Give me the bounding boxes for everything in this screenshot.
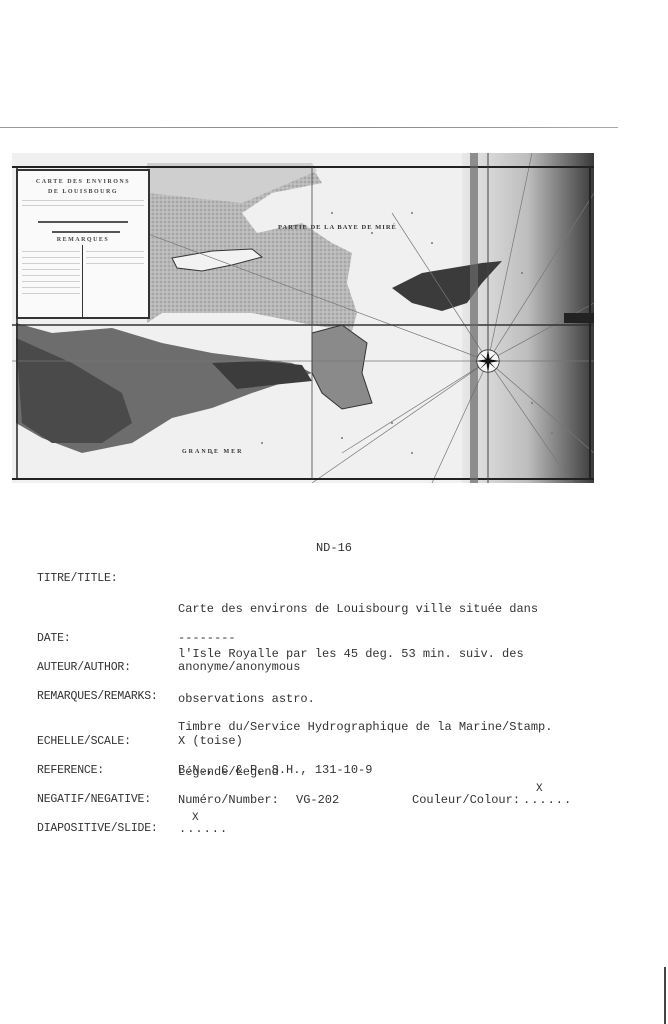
remarks-line: Timbre du/Service Hydrographique de la M…	[178, 720, 552, 735]
cartouche-text-line	[86, 251, 144, 252]
date-label: DATE:	[37, 632, 71, 645]
cartouche-subtitle: DE LOUISBOURG	[18, 189, 148, 195]
reference-value: B.N., C & P, S.H., 131-10-9	[178, 763, 372, 778]
scale-bar	[38, 221, 128, 223]
page-edge-mark	[664, 967, 666, 1024]
author-value: anonyme/anonymous	[178, 660, 300, 675]
cartouche-text-line	[22, 200, 144, 201]
remarks-label: REMARQUES/REMARKS:	[37, 690, 158, 703]
cartouche-text-line	[22, 269, 80, 270]
historical-map-image: CARTE DES ENVIRONS DE LOUISBOURG REMARQU…	[12, 153, 594, 483]
map-cartouche: CARTE DES ENVIRONS DE LOUISBOURG REMARQU…	[16, 169, 150, 319]
cartouche-text-line	[86, 257, 144, 258]
cartouche-text-line	[22, 287, 80, 288]
slide-label: DIAPOSITIVE/SLIDE:	[37, 822, 158, 835]
cartouche-text-line	[22, 275, 80, 276]
scale-bar	[52, 231, 120, 233]
map-label-sea: GRANDE MER	[182, 449, 244, 455]
page-rule	[0, 127, 618, 128]
colour-label: Couleur/Colour:	[412, 793, 520, 808]
slide-check-mark: X	[192, 812, 199, 824]
document-id: ND-16	[0, 541, 668, 555]
negative-number-label: Numéro/Number:	[178, 793, 279, 808]
cartouche-text-line	[22, 293, 80, 294]
cartouche-text-line	[22, 251, 80, 252]
title-label: TITRE/TITLE:	[37, 572, 117, 585]
title-line: Carte des environs de Louisbourg ville s…	[178, 602, 538, 617]
cartouche-text-line	[86, 263, 144, 264]
date-value: --------	[178, 631, 236, 646]
reference-label: REFERENCE:	[37, 764, 104, 777]
cartouche-title: CARTE DES ENVIRONS	[18, 179, 148, 185]
cartouche-remarks-heading: REMARQUES	[18, 237, 148, 243]
slide-blank: ......	[179, 822, 228, 837]
cartouche-text-line	[22, 263, 80, 264]
cartouche-column-divider	[82, 245, 83, 317]
scale-label: ECHELLE/SCALE:	[37, 735, 131, 748]
author-label: AUTEUR/AUTHOR:	[37, 661, 131, 674]
cartouche-text-line	[22, 281, 80, 282]
map-label-bay: PARTIE DE LA BAYE DE MIRÉ	[278, 224, 397, 231]
compass-rose-icon	[472, 345, 504, 377]
scale-value: X (toise)	[178, 734, 243, 749]
cartouche-text-line	[22, 205, 144, 206]
negative-label: NEGATIF/NEGATIVE:	[37, 793, 151, 806]
colour-blank: ......	[523, 793, 572, 808]
colour-check-mark: X	[536, 783, 543, 795]
cartouche-text-line	[22, 257, 80, 258]
negative-number-value: VG-202	[296, 793, 339, 808]
